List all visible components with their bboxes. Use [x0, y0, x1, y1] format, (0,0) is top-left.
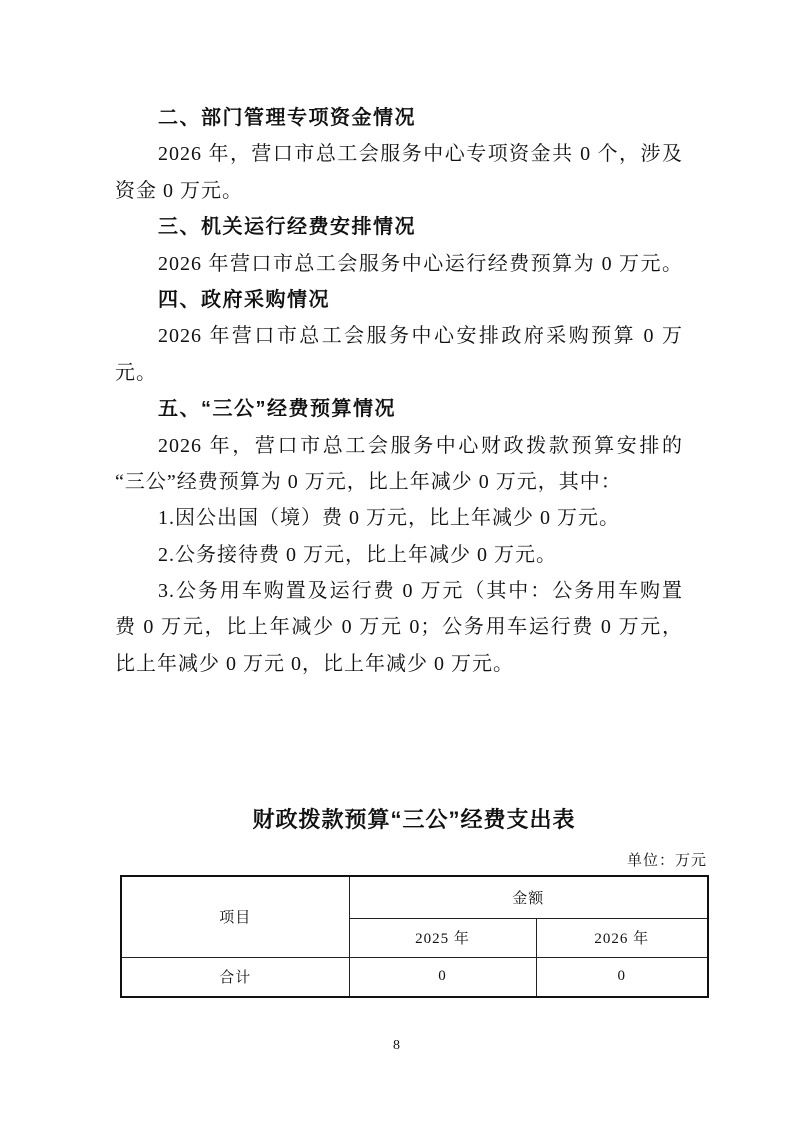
total-value-2025: 0	[349, 957, 536, 997]
paragraph-line: “三公”经费预算为 0 万元，比上年减少 0 万元，其中：	[115, 464, 683, 500]
document-page: 二、部门管理专项资金情况 2026 年，营口市总工会服务中心专项资金共 0 个，…	[0, 0, 793, 1122]
paragraph-line: 资金 0 万元。	[115, 173, 683, 209]
list-item-2: 2.公务接待费 0 万元，比上年减少 0 万元。	[115, 537, 683, 573]
column-header-amount: 金额	[349, 876, 708, 918]
paragraph-line: 元。	[115, 355, 683, 391]
paragraph-line: 2026 年营口市总工会服务中心运行经费预算为 0 万元。	[115, 246, 683, 282]
paragraph-line: 2026 年，营口市总工会服务中心专项资金共 0 个，涉及	[115, 136, 683, 172]
column-header-2025: 2025 年	[349, 918, 536, 957]
document-body: 二、部门管理专项资金情况 2026 年，营口市总工会服务中心专项资金共 0 个，…	[115, 100, 683, 682]
total-value-2026: 0	[536, 957, 708, 997]
paragraph-line: 2026 年，营口市总工会服务中心财政拨款预算安排的	[115, 428, 683, 464]
unit-label: 单位：万元	[120, 851, 707, 871]
table-row: 合计 0 0	[121, 957, 708, 997]
section-heading-3: 三、机关运行经费安排情况	[115, 209, 683, 245]
paragraph-line: 比上年减少 0 万元 0，比上年减少 0 万元。	[115, 646, 683, 682]
column-header-2026: 2026 年	[536, 918, 708, 957]
section-heading-5: 五、“三公”经费预算情况	[115, 391, 683, 427]
row-label-total: 合计	[121, 957, 349, 997]
page-number: 8	[0, 1038, 793, 1054]
table-title: 财政拨款预算“三公”经费支出表	[114, 804, 714, 836]
paragraph-line: 2026 年营口市总工会服务中心安排政府采购预算 0 万	[115, 318, 683, 354]
three-public-expense-table: 项目 金额 2025 年 2026 年 合计 0 0	[120, 875, 709, 998]
section-heading-2: 二、部门管理专项资金情况	[115, 100, 683, 136]
list-item-1: 1.因公出国（境）费 0 万元，比上年减少 0 万元。	[115, 500, 683, 536]
paragraph-line: 费 0 万元，比上年减少 0 万元 0；公务用车运行费 0 万元，	[115, 609, 683, 645]
section-heading-4: 四、政府采购情况	[115, 282, 683, 318]
list-item-3: 3.公务用车购置及运行费 0 万元（其中：公务用车购置	[115, 573, 683, 609]
column-header-item: 项目	[121, 876, 349, 957]
